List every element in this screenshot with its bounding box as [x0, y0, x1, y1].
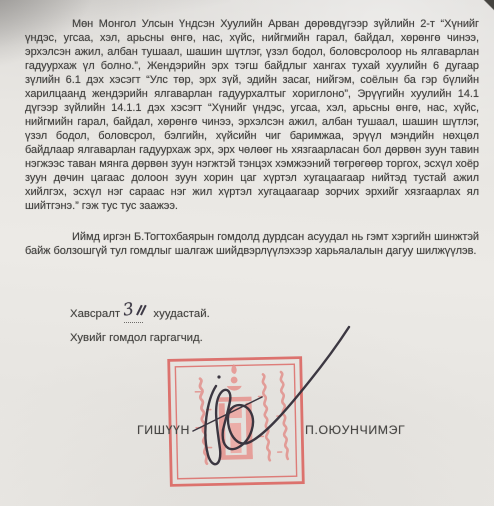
legal-citation-paragraph: Мөн Монгол Улсын Үндсэн Хуулийн Арван дө…	[25, 17, 479, 213]
attachment-label: Хавсралт	[70, 308, 120, 320]
signer-name: П.ОЮУНЧИМЭГ	[305, 423, 405, 437]
signer-title: ГИШҮҮН	[137, 423, 190, 437]
signature-ink	[150, 300, 380, 490]
conclusion-paragraph: Иймд иргэн Б.Тогтохбаярын гомдолд дурдса…	[25, 230, 479, 258]
dotted-blank	[124, 322, 143, 323]
paper-document-photo: Мөн Монгол Улсын Үндсэн Хуулийн Арван дө…	[0, 0, 494, 506]
handwritten-page-count: 3	[123, 305, 149, 321]
